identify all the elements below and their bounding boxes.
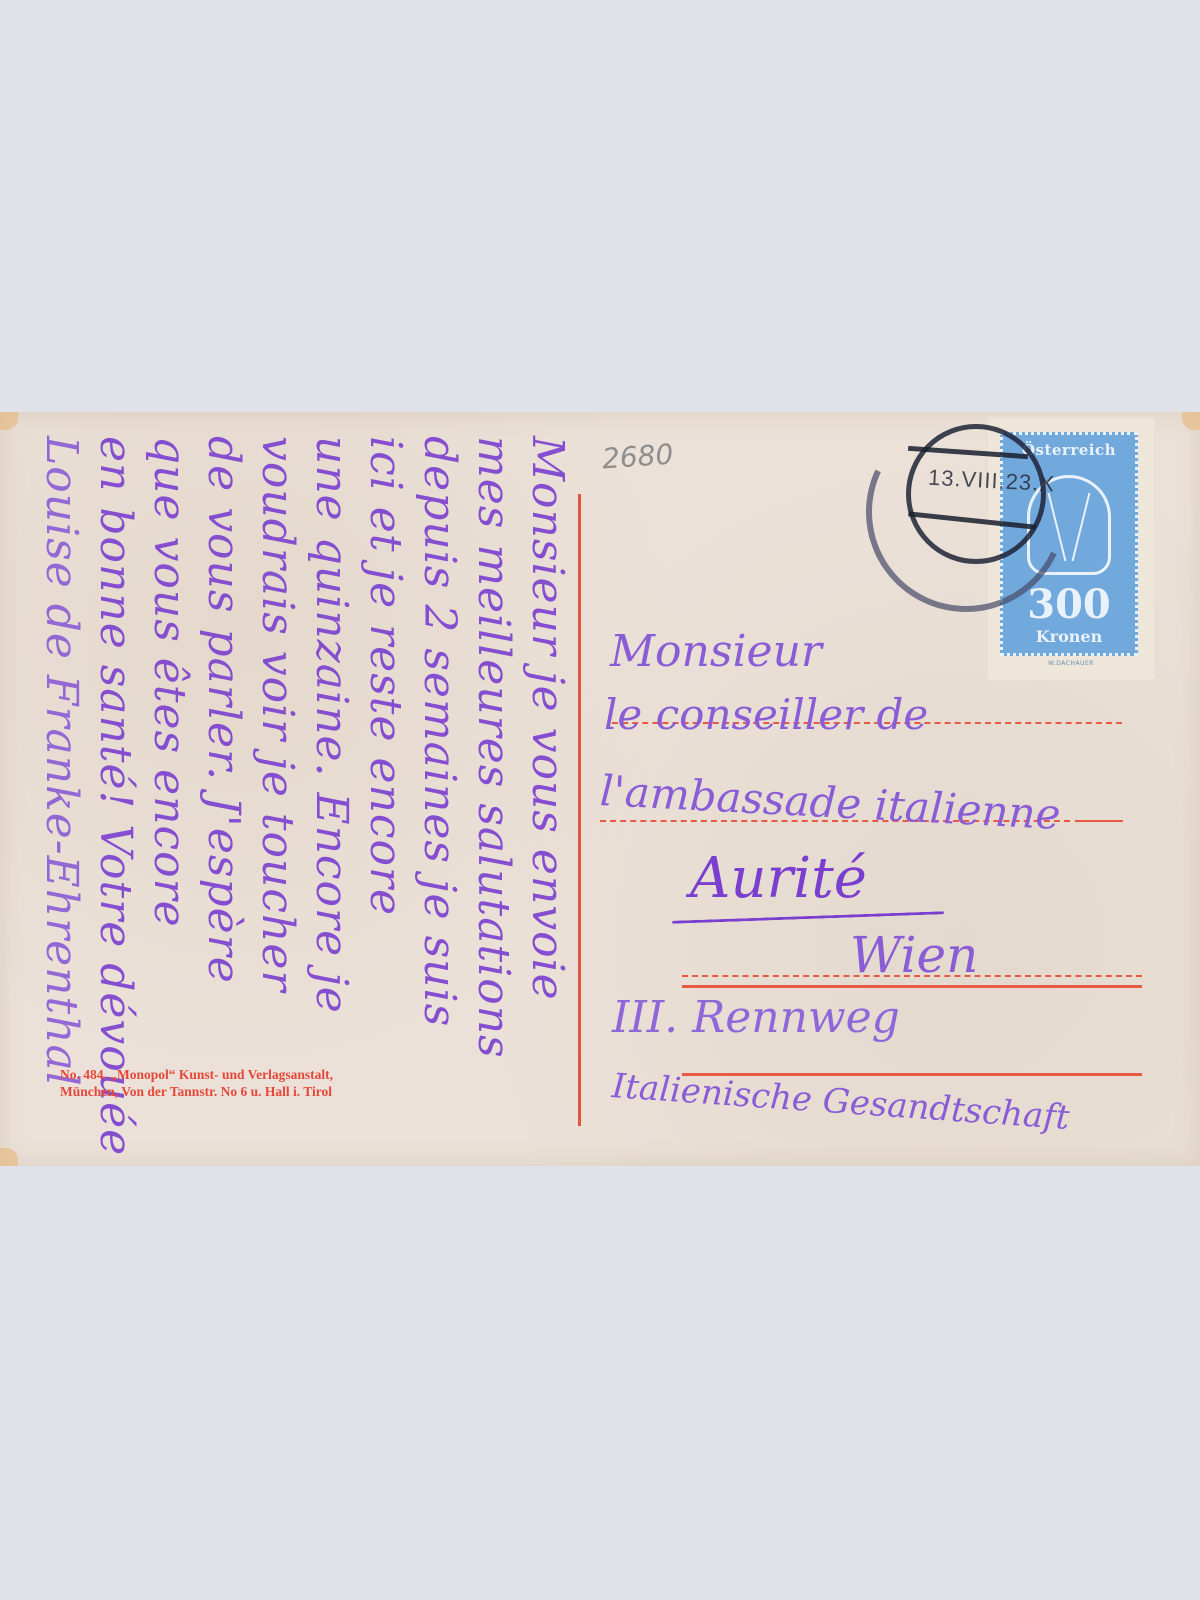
address-line-3: l'ambassade italienne <box>599 766 1062 839</box>
stamp-currency: Kronen <box>1003 627 1135 646</box>
stamp-country: Österreich <box>1003 441 1135 459</box>
postcard: Monsieur je vous envoie mes meilleures s… <box>0 412 1200 1166</box>
pencil-annotation: 2680 <box>601 438 674 476</box>
handwritten-message: Monsieur je vous envoie mes meilleures s… <box>14 436 574 1146</box>
postage-stamp: Österreich 300 Kronen W.DACHAUER <box>988 418 1154 680</box>
message-line: en bonne santé! Votre dévouée <box>90 436 141 1156</box>
corner-stain <box>0 1148 18 1166</box>
stamp-designer: W.DACHAUER <box>988 660 1154 667</box>
address-line-6: III. Rennweg <box>612 992 900 1043</box>
stamp-value: 300 <box>1003 581 1135 628</box>
imprint-line-1: No. 484. „Monopol“ Kunst- und Verlagsans… <box>60 1066 333 1083</box>
center-divider-line <box>578 494 581 1126</box>
signature: Louise de Franke-Ehrenthal <box>36 436 87 1087</box>
message-line: mes meilleures salutations <box>468 436 519 1059</box>
publisher-imprint: No. 484. „Monopol“ Kunst- und Verlagsans… <box>60 1066 333 1100</box>
message-line: Monsieur je vous envoie <box>522 436 573 1001</box>
address-rule <box>1075 820 1123 822</box>
address-line-2: le conseiller de <box>604 690 928 739</box>
address-rule <box>682 985 1142 988</box>
wheat-sheaf-icon <box>1027 475 1111 575</box>
message-line: de vous parler. J'espère <box>198 436 249 984</box>
stamp-design: Österreich 300 Kronen <box>1000 432 1138 656</box>
message-line: ici et je reste encore <box>360 436 411 916</box>
message-line: depuis 2 semaines je suis <box>414 436 465 1027</box>
address-line-7: Italienische Gesandtschaft <box>611 1066 1071 1138</box>
imprint-line-2: München, Von der Tannstr. No 6 u. Hall i… <box>60 1083 333 1100</box>
address-line-1: Monsieur <box>610 626 822 677</box>
ink-underline <box>672 911 944 923</box>
message-line: voudrais voir je toucher <box>252 436 303 992</box>
address-line-4: Aurité <box>690 846 867 911</box>
address-line-5: Wien <box>850 926 978 984</box>
message-line: une quinzaine. Encore je <box>306 436 357 1014</box>
corner-stain <box>0 412 18 430</box>
corner-stain <box>1182 412 1200 430</box>
message-line: que vous êtes encore <box>144 436 195 928</box>
